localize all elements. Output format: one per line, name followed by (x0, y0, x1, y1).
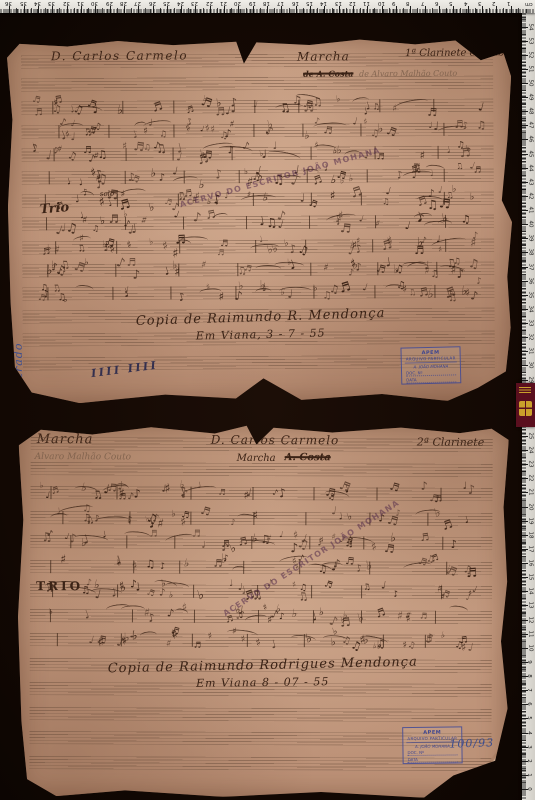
barline (53, 148, 54, 161)
note-glyph: ♬ (420, 612, 428, 620)
cm-tick (353, 6, 354, 13)
barline (372, 239, 373, 252)
note-glyph: ♭ (47, 244, 51, 252)
half-cm-tick (522, 161, 526, 162)
half-cm-tick (522, 316, 526, 317)
note-glyph: ♬ (193, 641, 201, 649)
note-glyph: ♫ (92, 225, 100, 234)
half-cm-tick (131, 8, 132, 13)
note-glyph: ♯ (293, 530, 300, 541)
note-glyph: ♬ (427, 106, 438, 118)
cm-number: 50 (528, 80, 534, 87)
note-glyph: ♪ (133, 488, 141, 500)
cm-number: 44 (528, 164, 534, 171)
slur-arc (313, 144, 337, 153)
cm-number: 7 (421, 0, 425, 6)
staff-row: ♬♬♭♫♯♩♫♭♬♩♫♬♬♬♬♩♬♫♩♫♫♬♩♩♩♯♬♭♪♬♭♩ (21, 99, 493, 115)
page1-archive-stamp: APEM ARQUIVO PARTICULAR A. JOÃO MOHANA D… (400, 346, 461, 384)
barline (441, 586, 442, 599)
note-glyph: ♫ (83, 513, 93, 524)
note-glyph: ♯ (406, 615, 411, 625)
half-cm-tick (522, 330, 526, 331)
half-cm-tick (522, 725, 526, 726)
stamp-date-field: DATA (406, 376, 456, 383)
note-glyph: ♩ (171, 165, 178, 177)
slur-arc (255, 265, 281, 273)
slur-arc (75, 284, 94, 294)
note-glyph: ♫ (382, 198, 390, 206)
manuscript-page-2: Marcha Alvaro Malhão Couto D. Carlos Car… (17, 423, 509, 798)
barline (361, 585, 362, 598)
staff-row (21, 76, 493, 92)
cm-tick (210, 6, 211, 13)
half-cm-tick (522, 556, 526, 557)
slur-arc (80, 190, 95, 200)
barline (184, 170, 185, 183)
barline (126, 535, 127, 548)
half-cm-tick (522, 344, 526, 345)
cm-tick (410, 6, 411, 13)
note-glyph: ♩ (357, 215, 364, 225)
barline (126, 148, 127, 161)
staff-row (31, 461, 493, 476)
note-glyph: ♩ (437, 185, 442, 195)
note-glyph: ♭ (148, 201, 156, 213)
cm-number: 26 (149, 0, 156, 6)
slur-arc (245, 614, 268, 625)
note-glyph: ♯ (323, 264, 329, 275)
barline (304, 634, 305, 647)
barline (117, 584, 118, 597)
note-glyph: ♪ (271, 489, 279, 498)
cm-number: 21 (528, 489, 534, 496)
barline (58, 125, 59, 138)
slur-arc (313, 122, 347, 131)
cm-tick (95, 6, 96, 13)
barline (125, 217, 126, 230)
cm-tick (24, 6, 25, 13)
slur-arc (403, 561, 432, 573)
cm-tick (396, 6, 397, 13)
staff-row: ♯♩♫♭♪♩♯♪♯♭♯♬♫♫♩♬♭♭♯♯♯♯♭♩♫♬♫♬♭♯♭♯♬♭♪♭♯ (30, 633, 492, 648)
cm-number: 8 (526, 674, 532, 678)
note-glyph: ♩ (163, 266, 171, 278)
half-cm-tick (522, 528, 526, 529)
note-glyph: ♫ (160, 131, 168, 140)
note-glyph: ♭ (221, 554, 228, 567)
half-cm-tick (332, 8, 333, 13)
note-glyph: ♬ (434, 495, 443, 504)
note-glyph: ♬ (414, 245, 424, 257)
cm-tick (382, 6, 383, 13)
half-cm-tick (522, 740, 526, 741)
cm-number: 7 (526, 688, 532, 692)
half-cm-tick (460, 8, 461, 13)
note-glyph: ♩ (330, 505, 337, 517)
cm-tick (468, 6, 469, 13)
note-glyph: ♭ (377, 122, 383, 134)
cm-number: 13 (335, 0, 342, 6)
note-glyph: ♯ (125, 240, 133, 251)
barline (313, 487, 314, 500)
note-glyph: ♬ (374, 607, 387, 621)
slur-arc (267, 149, 301, 163)
cm-number: 8 (406, 0, 410, 6)
slur-arc (180, 237, 208, 245)
cm-tick (339, 6, 340, 13)
barline (62, 511, 63, 524)
barline (369, 561, 370, 574)
note-glyph: ♬ (430, 554, 440, 565)
note-glyph: ♪ (47, 529, 55, 539)
half-cm-tick (503, 8, 504, 13)
note-glyph: ♫ (455, 161, 464, 171)
half-cm-tick (522, 570, 526, 571)
slur-arc (256, 288, 273, 297)
cm-number: 38 (528, 249, 534, 256)
cm-tick (181, 6, 182, 13)
half-cm-tick (217, 8, 218, 13)
staff-row: ♪♫♭♪♩♩♬♩♯♩♫♩♪♬♭♪♫♩♩♯♩♪♩♯♭♩♪♫♩♬♯ (22, 215, 494, 231)
note-glyph: ♭ (198, 178, 206, 191)
note-glyph: ♯ (470, 236, 477, 249)
cm-number: 3 (526, 745, 532, 749)
slur-arc (320, 562, 343, 571)
note-glyph: ♬ (73, 260, 87, 275)
cm-number: 35 (20, 0, 27, 6)
cm-number: 27 (134, 0, 141, 6)
cm-number: 0 (526, 787, 532, 791)
half-cm-tick (522, 76, 526, 77)
note-glyph: ♭ (259, 150, 264, 159)
side-annotation-text: Registrado (12, 343, 25, 414)
slur-arc (121, 188, 145, 198)
cm-number: 6 (435, 0, 439, 6)
note-glyph: ♬ (339, 222, 351, 235)
note-glyph: ♩ (352, 117, 359, 128)
barline (442, 537, 443, 550)
barline (47, 264, 48, 277)
half-cm-tick (522, 132, 526, 133)
barline (112, 287, 113, 300)
barline (239, 170, 240, 183)
half-cm-tick (188, 8, 189, 13)
note-glyph: ♬ (339, 617, 351, 630)
note-glyph: ♯ (207, 631, 213, 641)
cm-number: 17 (277, 0, 284, 6)
cm-number: 18 (528, 531, 534, 538)
slur-arc (140, 631, 158, 640)
half-cm-tick (522, 34, 526, 35)
cm-number: 20 (528, 503, 534, 510)
note-glyph: ♯ (352, 242, 357, 252)
barline (247, 634, 248, 647)
cm-number: 10 (528, 644, 534, 651)
barline (305, 512, 306, 525)
half-cm-tick (522, 118, 526, 119)
cm-number: 42 (528, 192, 534, 199)
note-glyph: ♭ (356, 612, 364, 625)
barline (434, 99, 435, 112)
note-glyph: ♪ (450, 538, 458, 550)
half-cm-tick (522, 641, 526, 642)
note-glyph: ♯ (291, 580, 297, 589)
cm-number: 25 (528, 433, 534, 440)
half-cm-tick (522, 782, 526, 783)
barline (133, 560, 134, 573)
cm-tick (224, 6, 225, 13)
half-cm-tick (522, 189, 526, 190)
cm-tick (267, 6, 268, 13)
cm-tick (439, 6, 440, 13)
half-cm-tick (522, 302, 526, 303)
note-glyph: ♬ (53, 95, 64, 107)
cm-number: 12 (349, 0, 356, 6)
half-cm-tick (522, 471, 526, 472)
barline (440, 488, 441, 501)
half-cm-tick (522, 768, 526, 769)
note-glyph: ♫ (65, 221, 79, 236)
half-cm-tick (522, 485, 526, 486)
half-cm-tick (360, 8, 361, 13)
note-glyph: ♩ (199, 124, 205, 133)
cm-number: 6 (526, 703, 532, 707)
note-glyph: ♪ (275, 210, 286, 225)
cm-tick (453, 6, 454, 13)
note-glyph: ♯ (139, 216, 148, 228)
half-cm-tick (522, 514, 526, 515)
half-cm-tick (403, 8, 404, 13)
note-glyph: ♭ (291, 608, 298, 620)
cm-number: 23 (191, 0, 198, 6)
cm-number: 36 (528, 277, 534, 284)
note-glyph: ♭ (150, 167, 157, 179)
half-cm-tick (522, 147, 526, 148)
cm-number: 33 (48, 0, 55, 6)
barline (382, 635, 383, 648)
cm-number: 29 (106, 0, 113, 6)
half-cm-tick (489, 8, 490, 13)
cm-number: 16 (528, 560, 534, 567)
note-glyph: ♯ (396, 611, 403, 623)
note-glyph: ♯ (201, 259, 208, 269)
cm-number: 23 (528, 461, 534, 468)
barline (446, 561, 447, 574)
cm-number: 30 (91, 0, 98, 6)
barline (173, 147, 174, 160)
cm-number: 43 (528, 178, 534, 185)
page2-subtitle-struck: A. Costa (285, 452, 331, 463)
barline (125, 171, 126, 184)
note-glyph: ♭ (171, 261, 177, 272)
cm-number: 31 (528, 348, 534, 355)
note-glyph: ♩ (361, 283, 369, 294)
note-glyph: ♭ (303, 130, 310, 142)
half-cm-tick (522, 175, 526, 176)
staff-row: ♬♭♩♯♩♩♯♪♫♫♭♪♯♫♫♬♭♭♪♫♭♫♭♭♩♬♩♫♬♯♯♪♪♯♪♪♫ (22, 261, 494, 277)
note-glyph: ♯ (97, 637, 103, 650)
barline (436, 262, 437, 275)
half-cm-tick (303, 8, 304, 13)
slur-arc (226, 628, 257, 639)
barline (258, 609, 259, 622)
note-glyph: ♭ (171, 510, 175, 519)
note-glyph: ♫ (144, 142, 151, 150)
barline (246, 216, 247, 229)
note-glyph: ♫ (462, 564, 473, 576)
note-glyph: ♬ (186, 106, 196, 117)
note-glyph: ♯ (362, 117, 368, 126)
note-glyph: ♭ (123, 632, 129, 644)
note-glyph: ♩ (78, 179, 84, 189)
cm-number: 11 (528, 630, 534, 637)
half-cm-tick (522, 457, 526, 458)
half-cm-tick (446, 8, 447, 13)
logo-text-bar (519, 387, 531, 394)
half-cm-tick (522, 598, 526, 599)
page1-section-label: Trio (39, 200, 69, 217)
note-glyph: ♪ (475, 277, 482, 286)
half-cm-tick (522, 613, 526, 614)
note-glyph: ♩ (228, 580, 234, 590)
cm-number: 13 (528, 602, 534, 609)
page2-section-label: TRIO (36, 579, 83, 593)
barline (425, 635, 426, 648)
note-glyph: ♪ (467, 484, 476, 497)
slur-arc (165, 532, 194, 545)
barline (243, 560, 244, 573)
barline (130, 511, 131, 524)
note-glyph: ♯ (160, 239, 169, 252)
barline (116, 240, 117, 253)
page2-catalog-number: 100/93 (449, 736, 494, 750)
cm-tick (110, 6, 111, 13)
barline (49, 171, 50, 184)
half-cm-tick (522, 655, 526, 656)
slur-arc (385, 284, 403, 292)
note-glyph: ♩ (161, 484, 166, 494)
barline (435, 610, 436, 623)
note-glyph: ♬ (323, 581, 333, 592)
cm-tick (511, 6, 512, 13)
cm-number: 24 (528, 447, 534, 454)
slur-arc (449, 604, 469, 615)
cm-tick (81, 6, 82, 13)
half-cm-tick (432, 8, 433, 13)
barline (443, 169, 444, 182)
half-cm-tick (117, 8, 118, 13)
slur-arc (417, 195, 444, 204)
slur-arc (59, 122, 84, 132)
half-cm-tick (522, 358, 526, 359)
note-glyph: ♯ (60, 554, 66, 566)
barline (446, 238, 447, 251)
half-cm-tick (59, 8, 60, 13)
note-glyph: ♩ (477, 101, 485, 113)
note-glyph: ♪ (177, 292, 187, 304)
slur-arc (183, 485, 217, 498)
barline (311, 146, 312, 159)
note-glyph: ♬ (149, 530, 157, 539)
barline (55, 241, 56, 254)
note-glyph: ♪ (213, 168, 223, 182)
slur-arc (275, 103, 304, 112)
note-glyph: ♬ (388, 481, 400, 494)
cm-number: 32 (528, 334, 534, 341)
note-glyph: ♪ (230, 97, 239, 109)
note-glyph: ♭ (149, 239, 154, 248)
half-cm-tick (174, 8, 175, 13)
barline (311, 585, 312, 598)
note-glyph: ♩ (175, 151, 183, 163)
cm-tick (367, 6, 368, 13)
barline (108, 125, 109, 138)
half-cm-tick (522, 19, 526, 20)
note-glyph: ♩ (428, 121, 432, 130)
note-glyph: ♪ (355, 262, 363, 273)
cm-number: 14 (320, 0, 327, 6)
note-glyph: ♪ (355, 564, 364, 575)
half-cm-tick (522, 104, 526, 105)
barline (236, 286, 237, 299)
cm-number: 20 (234, 0, 241, 6)
note-glyph: ♬ (34, 108, 43, 118)
barline (375, 216, 376, 229)
cm-number: 52 (528, 51, 534, 58)
half-cm-tick (74, 8, 75, 13)
barline (252, 193, 253, 206)
note-glyph: ♫ (76, 243, 86, 254)
slur-arc (199, 288, 222, 297)
half-cm-tick (522, 443, 526, 444)
cm-tick (153, 6, 154, 13)
barline (48, 287, 49, 300)
note-glyph: ♩ (135, 581, 142, 593)
cm-number: 4 (464, 0, 468, 6)
barline (70, 535, 71, 548)
cm-number: 51 (528, 65, 534, 72)
barline (298, 100, 299, 113)
note-glyph: ♭ (168, 592, 174, 601)
cm-number: 4 (526, 731, 532, 735)
note-glyph: ♯ (131, 561, 138, 573)
note-glyph: ♬ (345, 557, 355, 568)
barline (122, 101, 123, 114)
cm-number: 1 (507, 0, 511, 6)
page1-side-annotation: Registrado (10, 331, 27, 415)
barline (53, 102, 54, 115)
staff-row: ♭♬♯♩♪♬♬♫♪♯♬♪♭♫♪♩♭♪♩♭♩♭♪♫♫♯♩ (30, 510, 492, 525)
cm-number: 22 (206, 0, 213, 6)
half-cm-tick (160, 8, 161, 13)
slur-arc (165, 581, 190, 591)
cm-number: 10 (378, 0, 385, 6)
note-glyph: ♩ (224, 106, 231, 117)
cm-number: 19 (528, 517, 534, 524)
barline (313, 610, 314, 623)
note-glyph: ♩ (380, 580, 386, 591)
cm-number: 40 (528, 221, 534, 228)
cm-number: 36 (5, 0, 12, 6)
barline (360, 193, 361, 206)
note-glyph: ♯ (330, 191, 336, 203)
barline (309, 536, 310, 549)
note-glyph: ♯ (262, 603, 269, 612)
half-cm-tick (45, 8, 46, 13)
barline (428, 512, 429, 525)
half-cm-tick (346, 8, 347, 13)
note-glyph: ♩ (270, 639, 278, 651)
